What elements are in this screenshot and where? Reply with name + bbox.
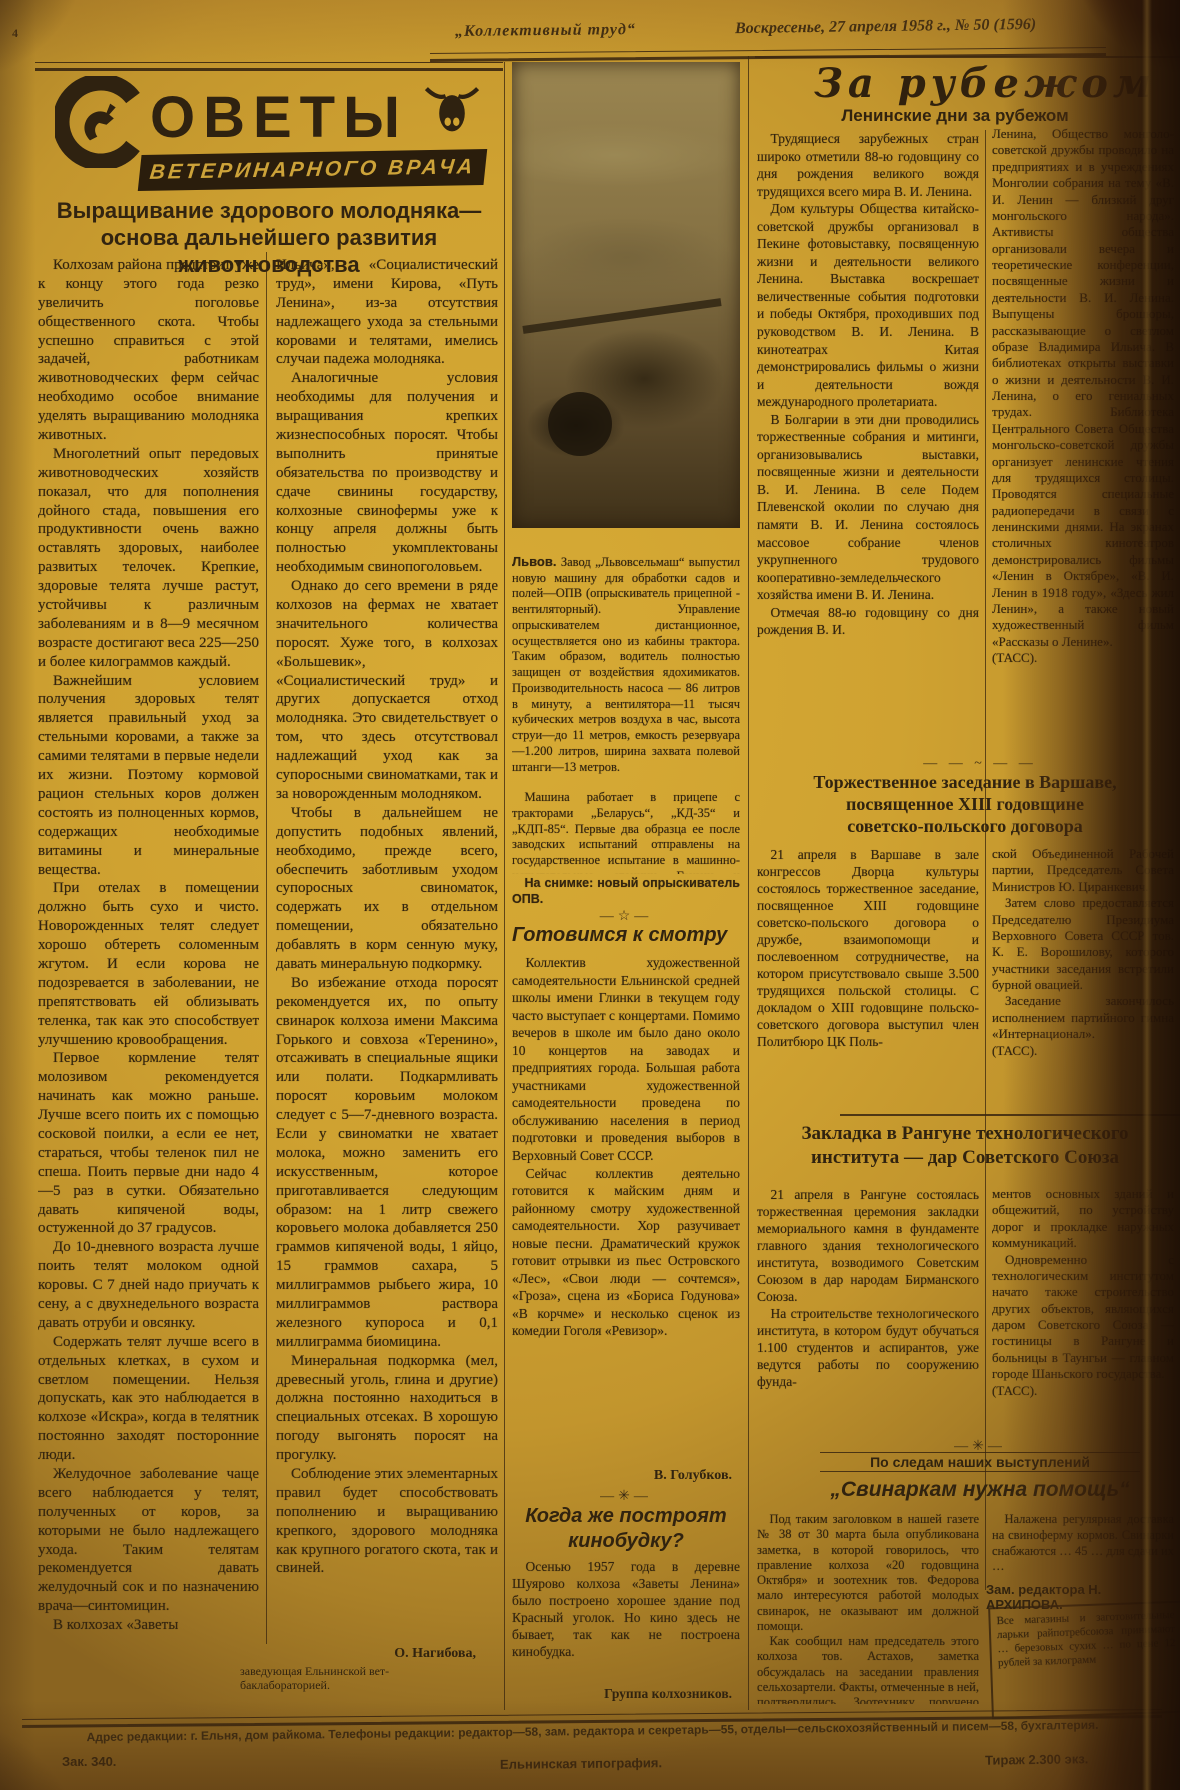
page-number: 4 xyxy=(12,26,18,41)
rangoon-col2: ментов основных зданий и общежитий, по у… xyxy=(992,1186,1174,1442)
footer-printer: Ельнинская типография. xyxy=(500,1755,662,1772)
masthead-dateline: Воскресенье, 27 апреля 1958 г., № 50 (15… xyxy=(735,16,1036,38)
warsaw-col2: ской Объединенной Рабочей партии, Предсе… xyxy=(992,846,1174,1114)
vet-logo-banner: ВЕТЕРИНАРНОГО ВРАЧА xyxy=(138,149,487,191)
cow-head-icon xyxy=(420,80,484,140)
edge-notice-box: Все магазины и заготовительные ларьки ра… xyxy=(988,1601,1180,1720)
abroad-top-rule xyxy=(755,56,1180,58)
abroad-title: За рубежом xyxy=(790,60,1180,107)
rangoon-rule xyxy=(840,1114,1180,1116)
vet-signature-role: заведующая Ельнинской вет- баклаборатори… xyxy=(240,1664,480,1693)
star-divider-2: —✳— xyxy=(512,1488,740,1505)
abroad-col-rule xyxy=(985,130,986,1590)
vet-article-col1: Колхозам района предстоит уже к концу эт… xyxy=(38,256,259,1656)
photo-caption-2: Машина работает в прицепе с тракторами „… xyxy=(512,790,740,874)
vet-article-col2: Ильича», «Социалистический труд», имени … xyxy=(276,256,498,1640)
followup-col2: Налажена регулярная доставка на свинофер… xyxy=(992,1512,1174,1574)
followup-kicker: По следам наших выступлений xyxy=(820,1452,1140,1472)
masthead-title: „Коллективный труд“ xyxy=(455,21,636,41)
footer-tirazh: Тираж 2.300 экз. xyxy=(985,1751,1089,1767)
star-divider-1: —☆— xyxy=(512,908,740,925)
vet-signature-name: О. Нагибова, xyxy=(276,1646,476,1662)
abroad-col2: Ленина, Общество монголо-советской дружб… xyxy=(992,126,1174,766)
rangoon-title: Закладка в Рангуне технологического инст… xyxy=(755,1122,1175,1170)
photo-wheel-shape xyxy=(548,392,612,456)
footer-zak: Зак. 340. xyxy=(62,1754,116,1769)
kino-title: Когда же построят кинобудку? xyxy=(512,1504,740,1554)
sprayer-photo xyxy=(512,62,740,528)
smotr-signature: В. Голубков. xyxy=(512,1468,732,1484)
photo-caption-body: Завод „Львовсельмаш“ выпустил новую маши… xyxy=(512,555,740,774)
horse-head-icon xyxy=(79,100,123,144)
warsaw-col1: 21 апреля в Варшаве в зале конгрессов Дв… xyxy=(757,846,979,1114)
vet-logo-initial xyxy=(55,76,147,168)
smotr-body: Коллектив художественной самодеятельност… xyxy=(512,954,740,1466)
warsaw-title: Торжественное заседание в Варшаве, посвя… xyxy=(755,772,1175,838)
kino-body: Осенью 1957 года в деревне Шуярово колхо… xyxy=(512,1558,740,1682)
vet-col-rule xyxy=(266,252,267,1644)
newspaper-page: 4 „Коллективный труд“ Воскресенье, 27 ап… xyxy=(0,0,1180,1790)
middle-right-divider xyxy=(748,56,749,1710)
vet-top-rule xyxy=(35,62,503,71)
photo-boom-shape xyxy=(522,298,721,334)
dash-divider-1: — — ~ — — xyxy=(860,756,1100,772)
rangoon-col1: 21 апреля в Рангуне состоялась торжестве… xyxy=(757,1186,979,1442)
photo-caption-lead: Львов. xyxy=(512,554,556,569)
followup-col1: Под таким заголовком в нашей газете № 38… xyxy=(757,1512,979,1704)
vet-logo-word: ОВЕТЫ xyxy=(150,84,408,151)
abroad-subtitle: Ленинские дни за рубежом xyxy=(755,106,1155,126)
photo-caption-note: На снимке: новый опрыскиватель ОПВ. xyxy=(512,876,740,910)
left-middle-divider xyxy=(504,62,505,1710)
kino-signature: Группа колхозников. xyxy=(512,1686,732,1702)
followup-title: „Свинаркам нужна помощь“ xyxy=(790,1478,1170,1502)
abroad-col1: Трудящиеся зарубежных стран широко отмет… xyxy=(757,130,979,762)
photo-caption: Львов. Завод „Львовсельмаш“ выпустил нов… xyxy=(512,538,740,788)
smotr-title: Готовимся к смотру xyxy=(512,924,740,947)
